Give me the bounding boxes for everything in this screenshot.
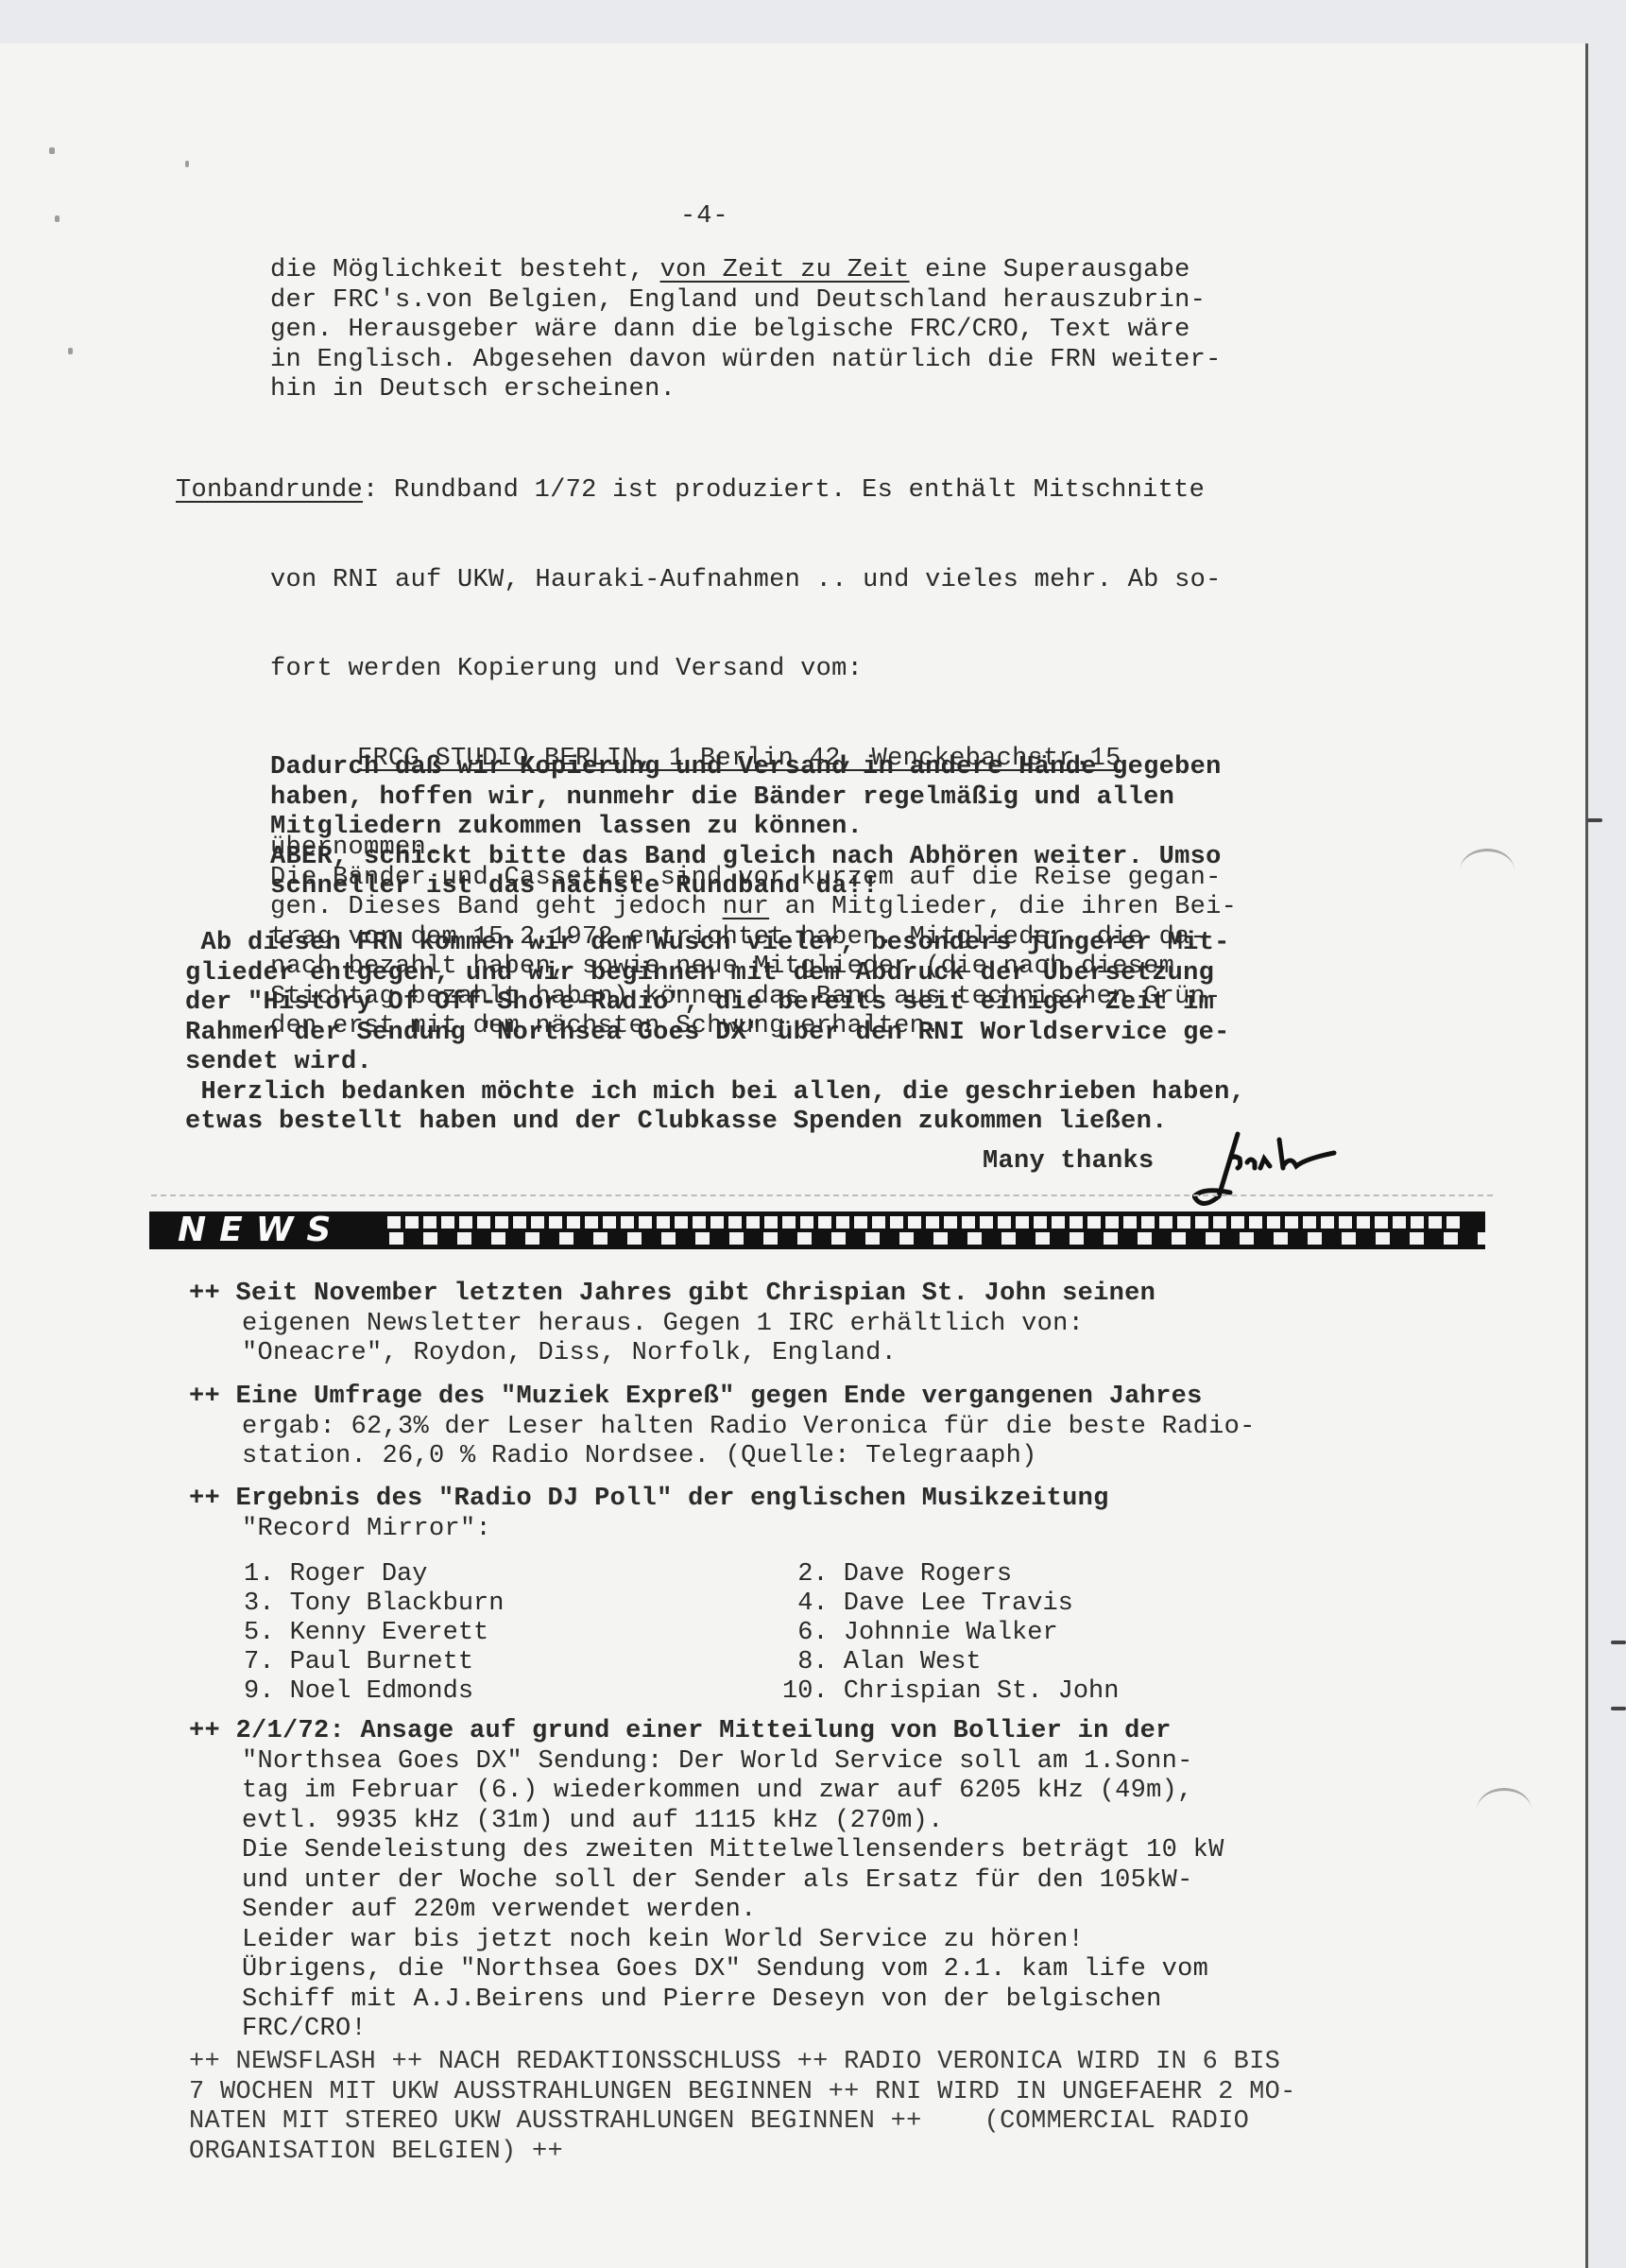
text-line: Sender auf 220m verwendet werden. (189, 1896, 1224, 1926)
text-line: schneller ist das nächste Rundband da!! (270, 872, 1222, 902)
poll-entry: 2. Dave Rogers (782, 1560, 1012, 1589)
text-line: ++ NEWSFLASH ++ NACH REDAKTIONSSCHLUSS +… (189, 2048, 1296, 2078)
text-line: Übrigens, die "Northsea Goes DX" Sendung… (189, 1955, 1224, 1985)
text-line: ++ 2/1/72: Ansage auf grund einer Mittei… (189, 1717, 1224, 1747)
text-line: ORGANISATION BELGIEN) ++ (189, 2138, 1296, 2168)
text-line: hin in Deutsch erscheinen. (270, 375, 1222, 405)
text-line: glieder entgegen, und wir beginnen mit d… (185, 959, 1245, 989)
underlined-phrase: von Zeit zu Zeit (660, 256, 910, 284)
text-line: "Northsea Goes DX" Sendung: Der World Se… (189, 1747, 1224, 1778)
poll-entry: 5. Kenny Everett (244, 1619, 782, 1648)
poll-row: 7. Paul Burnett 8. Alan West (244, 1648, 1119, 1677)
news-item: ++ 2/1/72: Ansage auf grund einer Mittei… (189, 1717, 1224, 2045)
poll-row: 5. Kenny Everett 6. Johnnie Walker (244, 1619, 1119, 1648)
text-line: Die Sendeleistung des zweiten Mittelwell… (189, 1836, 1224, 1866)
edge-mark (1611, 1707, 1626, 1710)
text-line: ABER, schickt bitte das Band gleich nach… (270, 843, 1222, 873)
poll-row: 3. Tony Blackburn 4. Dave Lee Travis (244, 1589, 1119, 1619)
margin-speck (49, 147, 55, 154)
text-line: etwas bestellt haben und der Clubkasse S… (185, 1108, 1245, 1138)
poll-entry: 10. Chrispian St. John (782, 1677, 1119, 1707)
dj-poll-list: 1. Roger Day 2. Dave Rogers3. Tony Black… (244, 1560, 1119, 1707)
text-line: tag im Februar (6.) wiederkommen und zwa… (189, 1777, 1224, 1807)
poll-entry: 9. Noel Edmonds (244, 1677, 782, 1707)
poll-row: 1. Roger Day 2. Dave Rogers (244, 1560, 1119, 1589)
margin-speck (68, 348, 73, 354)
text-line: "Record Mirror": (189, 1515, 1109, 1545)
poll-entry: 3. Tony Blackburn (244, 1589, 782, 1619)
text-line: ++ Eine Umfrage des "Muziek Expreß" gege… (189, 1383, 1256, 1413)
edge-mark (1587, 818, 1602, 822)
film-strip-decoration (387, 1216, 1478, 1245)
poll-row: 9. Noel Edmonds10. Chrispian St. John (244, 1677, 1119, 1707)
text-line: Schiff mit A.J.Beirens und Pierre Deseyn… (189, 1985, 1224, 2016)
text-line: station. 26,0 % Radio Nordsee. (Quelle: … (189, 1442, 1256, 1472)
margin-speck (185, 161, 189, 167)
text-line: FRC/CRO! (189, 2015, 1224, 2045)
closing-paragraph: Ab diesen FRN kommen wir dem Wusch viele… (185, 929, 1245, 1138)
text-line: eigenen Newsletter heraus. Gegen 1 IRC e… (189, 1310, 1155, 1340)
section-separator (151, 1194, 1493, 1196)
poll-entry: 7. Paul Burnett (244, 1648, 782, 1677)
page-number: -4- (680, 202, 729, 231)
text-line: und unter der Woche soll der Sender als … (189, 1866, 1224, 1897)
news-item: ++ Eine Umfrage des "Muziek Expreß" gege… (189, 1383, 1256, 1472)
section-label: Tonbandrunde (176, 476, 363, 505)
text-line: von RNI auf UKW, Hauraki-Aufnahmen .. un… (176, 566, 1237, 596)
text-line: die Möglichkeit besteht, von Zeit zu Zei… (270, 256, 1222, 286)
text-line: der FRC's.von Belgien, England und Deuts… (270, 286, 1222, 317)
news-item: ++ Seit November letzten Jahres gibt Chr… (189, 1280, 1155, 1369)
text-line: Mitgliedern zukommen lassen zu können. (270, 813, 1222, 843)
text-line: haben, hoffen wir, nunmehr die Bänder re… (270, 783, 1222, 814)
text-line: "Oneacre", Roydon, Diss, Norfolk, Englan… (189, 1339, 1155, 1369)
text-line: gen. Herausgeber wäre dann die belgische… (270, 316, 1222, 346)
newsflash: ++ NEWSFLASH ++ NACH REDAKTIONSSCHLUSS +… (189, 2048, 1296, 2167)
poll-entry: 8. Alan West (782, 1648, 982, 1677)
dadurch-paragraph: Dadurch daß wir Kopierung und Versand in… (270, 753, 1222, 902)
text-line: Ab diesen FRN kommen wir dem Wusch viele… (185, 929, 1245, 959)
text-line: ergab: 62,3% der Leser halten Radio Vero… (189, 1413, 1256, 1443)
poll-entry: 6. Johnnie Walker (782, 1619, 1058, 1648)
news-item: ++ Ergebnis des "Radio DJ Poll" der engl… (189, 1485, 1109, 1544)
text-line: in Englisch. Abgesehen davon würden natü… (270, 346, 1222, 376)
text-line: fort werden Kopierung und Versand vom: (176, 655, 1237, 685)
text-line: Leider war bis jetzt noch kein World Ser… (189, 1926, 1224, 1956)
punch-hole-mark (1460, 849, 1515, 893)
text-line: ++ Seit November letzten Jahres gibt Chr… (189, 1280, 1155, 1310)
news-banner-title: NEWS (178, 1211, 344, 1249)
text-line: evtl. 9935 kHz (31m) und auf 1115 kHz (2… (189, 1807, 1224, 1837)
text-line: NATEN MIT STEREO UKW AUSSTRAHLUNGEN BEGI… (189, 2107, 1296, 2138)
text-line: Dadurch daß wir Kopierung und Versand in… (270, 753, 1222, 783)
margin-speck (55, 215, 60, 222)
many-thanks: Many thanks (983, 1147, 1155, 1177)
text-line: Herzlich bedanken möchte ich mich bei al… (185, 1078, 1245, 1108)
punch-hole-mark (1477, 1788, 1532, 1832)
text-line: 7 WOCHEN MIT UKW AUSSTRAHLUNGEN BEGINNEN… (189, 2078, 1296, 2108)
text-line: ++ Ergebnis des "Radio DJ Poll" der engl… (189, 1485, 1109, 1515)
signature-frank (1192, 1130, 1344, 1215)
poll-entry: 4. Dave Lee Travis (782, 1589, 1073, 1619)
text-line: Rahmen der Sendung "Northsea Goes DX" üb… (185, 1019, 1245, 1049)
text-line: der "History Of Off-Shore-Radio", die be… (185, 988, 1245, 1019)
news-banner: NEWS (149, 1211, 1485, 1249)
edge-mark (1611, 1641, 1626, 1644)
poll-entry: 1. Roger Day (244, 1560, 782, 1589)
intro-paragraph: die Möglichkeit besteht, von Zeit zu Zei… (270, 256, 1222, 405)
text-line: sendet wird. (185, 1048, 1245, 1078)
